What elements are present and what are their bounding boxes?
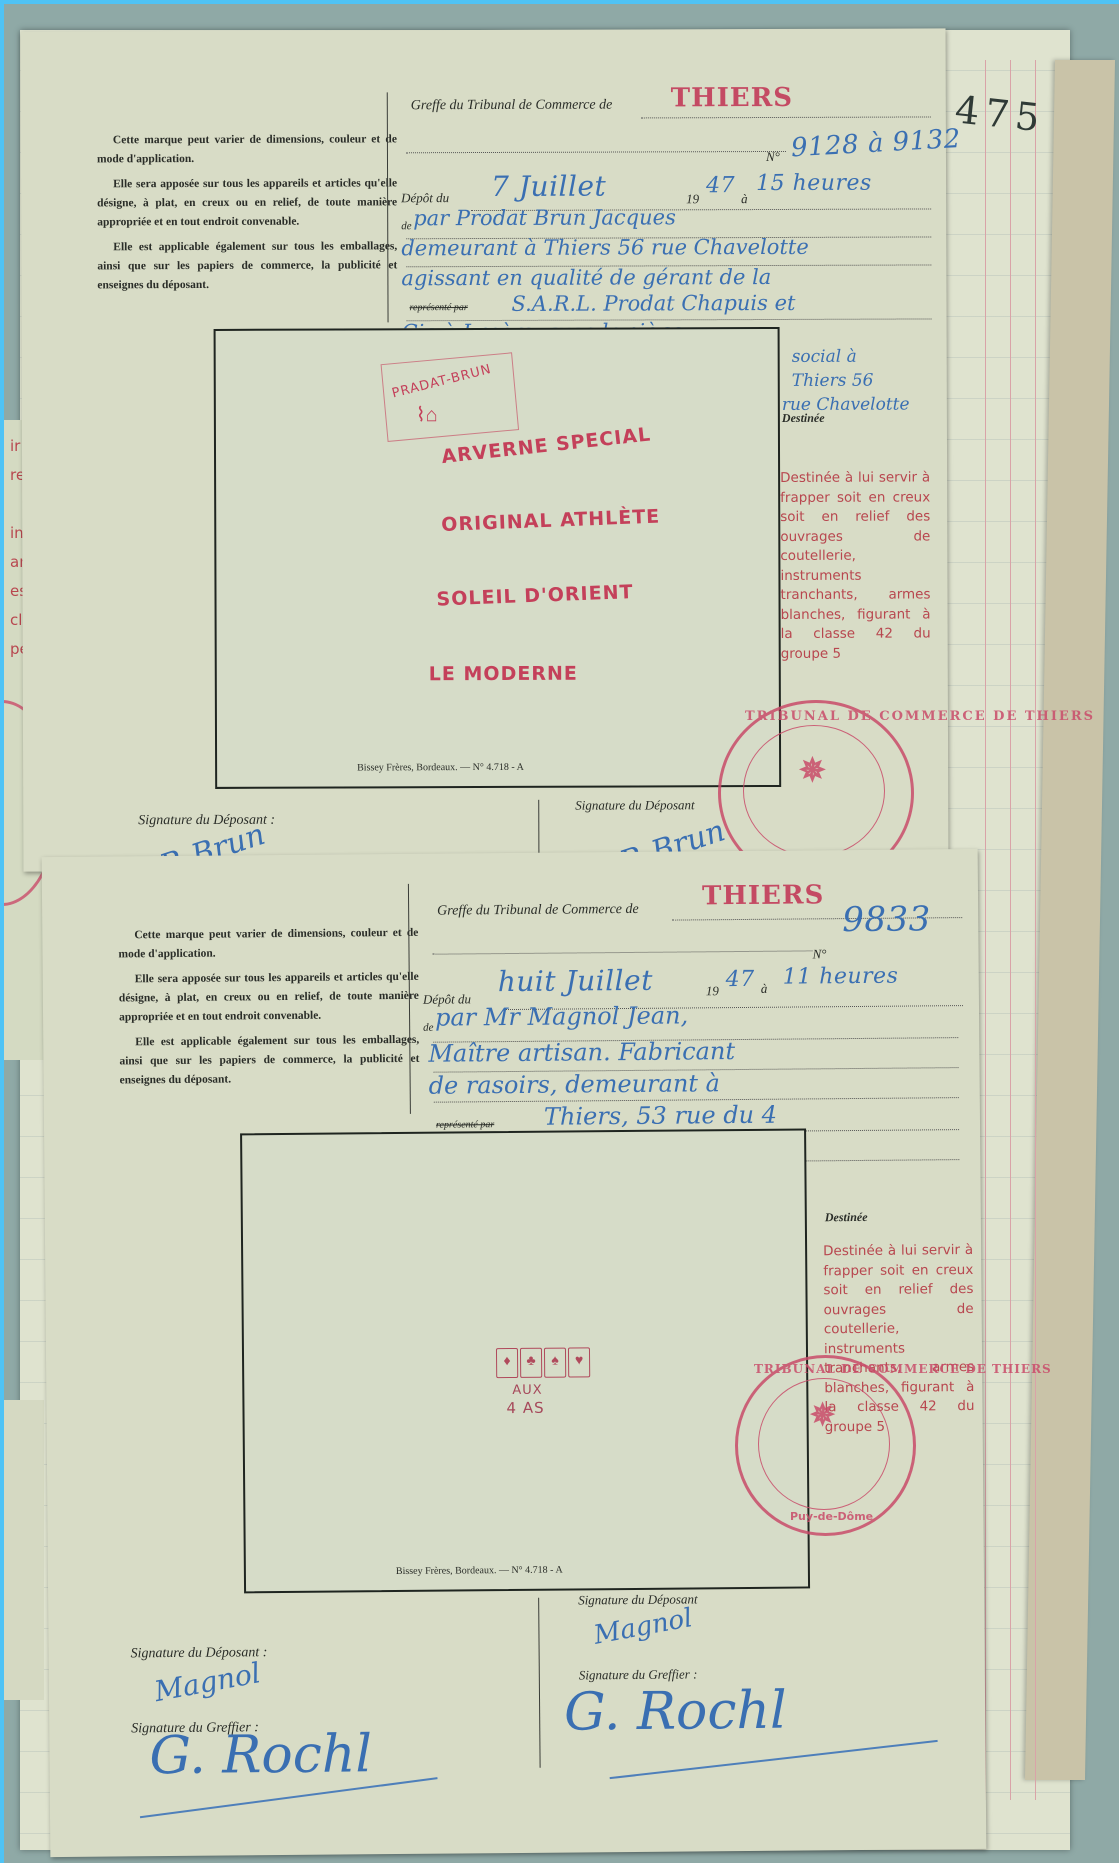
- mark-4-as: 4 AS: [506, 1399, 544, 1417]
- signature-greffier-right: G. Rochl: [564, 1681, 787, 1743]
- form-line: [433, 950, 813, 954]
- shaving-brush-icon: ⌇⌂: [416, 402, 438, 427]
- time-prefix: à: [741, 191, 748, 207]
- handwritten-line: par Prodat Brun Jacques: [413, 205, 676, 230]
- mark-le-moderne: LE MODERNE: [429, 663, 578, 686]
- legal-notice-paragraph: Elle est applicable également sur tous l…: [119, 1031, 419, 1091]
- legal-notice: Cette marque peut varier de dimensions, …: [118, 924, 419, 1097]
- de-label: de: [423, 1022, 433, 1034]
- page-number: 475: [953, 87, 1048, 140]
- trademark-box: ♦ ♣ ♠ ♥ AUX 4 AS Bissey Frères, Bordeaux…: [240, 1128, 810, 1593]
- city-stamp: THIERS: [702, 880, 825, 911]
- seal-inner-ring: [743, 725, 885, 857]
- year-prefix: 19: [706, 983, 719, 999]
- greffe-line: [641, 116, 931, 118]
- form-line: [406, 151, 786, 153]
- legal-notice-paragraph: Cette marque peut varier de dimensions, …: [97, 130, 397, 169]
- legal-notice-paragraph: Elle sera apposée sur tous les appareils…: [119, 968, 419, 1028]
- previous-sheet-edge-lower: [4, 1400, 44, 1700]
- year-value: 47: [706, 173, 735, 198]
- legal-notice-paragraph: Elle sera apposée sur tous les appareils…: [97, 174, 397, 232]
- club-card-icon: ♣: [520, 1348, 542, 1378]
- handwritten-line: Maître artisan. Fabricant: [428, 1037, 735, 1068]
- year-value: 47: [726, 967, 755, 992]
- handwritten-line: demeurant à Thiers 56 rue Chavelotte: [401, 235, 809, 260]
- handwritten-line: S.A.R.L. Prodat Chapuis et: [511, 291, 795, 316]
- handwritten-line: par Mr Magnol Jean,: [435, 1001, 688, 1031]
- registration-number: 9128 à 9132: [790, 124, 961, 163]
- signature-depositant-right: Magnol: [591, 1603, 694, 1651]
- ledger-margin-line: [1035, 60, 1036, 1800]
- de-label: de: [401, 220, 411, 232]
- time-prefix: à: [761, 981, 768, 997]
- ledger-margin-line: [1010, 60, 1011, 1800]
- heart-card-icon: ♥: [568, 1347, 590, 1377]
- seal-emblem-icon: ✵: [810, 1398, 835, 1433]
- greffe-label: Greffe du Tribunal de Commerce de: [411, 98, 613, 115]
- spade-card-icon: ♠: [544, 1348, 566, 1378]
- seal-emblem-icon: ✵: [799, 751, 826, 789]
- signature-greffier: G. Rochl: [149, 1724, 372, 1786]
- depot-time: 11 heures: [783, 964, 899, 990]
- handwritten-line: social à: [792, 347, 857, 367]
- represented-label: représenté par: [436, 1119, 494, 1131]
- greffe-label: Greffe du Tribunal de Commerce de: [437, 902, 639, 920]
- depot-time: 15 heures: [756, 171, 872, 196]
- mark-original-athlete: ORIGINAL ATHLÈTE: [441, 506, 661, 536]
- depot-date: 7 Juillet: [491, 170, 606, 203]
- mark-aux: AUX: [512, 1383, 542, 1398]
- trademark-box: PRADAT-BRUN ⌇⌂ ARVERNE SPECIAL ORIGINAL …: [214, 327, 782, 789]
- handwritten-line: Thiers, 53 rue du 4: [544, 1101, 777, 1131]
- seal-text: TRIBUNAL DE COMMERCE DE THIERS: [745, 709, 1095, 724]
- tribunal-seal: TRIBUNAL DE COMMERCE DE THIERS ✵ Puy-de-…: [735, 1355, 916, 1536]
- four-aces-cards: ♦ ♣ ♠ ♥: [496, 1347, 590, 1378]
- handwritten-line: agissant en qualité de gérant de la: [401, 265, 771, 290]
- ledger-margin-line: [985, 60, 986, 1800]
- mark-soleil-dorient: SOLEIL D'ORIENT: [436, 581, 634, 611]
- destination-text: Destinée à lui servir à frapper soit en …: [780, 468, 931, 664]
- number-label: N°: [812, 946, 826, 962]
- legal-notice-paragraph: Elle est applicable également sur tous l…: [97, 237, 397, 295]
- represented-label: représenté par: [409, 302, 467, 313]
- printer-credit: Bissey Frères, Bordeaux. — N° 4.718 - A: [396, 1565, 563, 1577]
- printer-credit: Bissey Frères, Bordeaux. — N° 4.718 - A: [357, 762, 524, 774]
- handwritten-line: de rasoirs, demeurant à: [429, 1069, 721, 1100]
- year-prefix: 19: [686, 191, 699, 207]
- signature-underline: [610, 1740, 938, 1779]
- legal-notice-paragraph: Cette marque peut varier de dimensions, …: [118, 924, 418, 965]
- seal-bottom-text: Puy-de-Dôme: [790, 1510, 873, 1523]
- registration-number: 9833: [842, 899, 931, 940]
- signature-depositant-right-label: Signature du Déposant: [575, 797, 694, 813]
- destination-title: Destinée: [782, 411, 825, 426]
- city-stamp: THIERS: [671, 83, 793, 113]
- depot-label: Dépôt du: [401, 190, 449, 206]
- previous-sheet-text: ir: [10, 432, 20, 461]
- trademark-form-2: Cette marque peut varier de dimensions, …: [42, 849, 987, 1857]
- seal-text: TRIBUNAL DE COMMERCE DE THIERS: [754, 1362, 1052, 1376]
- left-edge: [0, 0, 4, 1863]
- destination-title: Destinée: [825, 1210, 868, 1225]
- top-edge: [0, 0, 1119, 4]
- diamond-card-icon: ♦: [496, 1348, 518, 1378]
- signature-divider: [538, 1598, 540, 1768]
- signature-depositant: Magnol: [152, 1656, 263, 1708]
- handwritten-line: Thiers 56: [792, 371, 874, 391]
- depot-date: huit Juillet: [498, 964, 653, 998]
- number-label: N°: [766, 149, 780, 165]
- legal-notice: Cette marque peut varier de dimensions, …: [97, 130, 398, 301]
